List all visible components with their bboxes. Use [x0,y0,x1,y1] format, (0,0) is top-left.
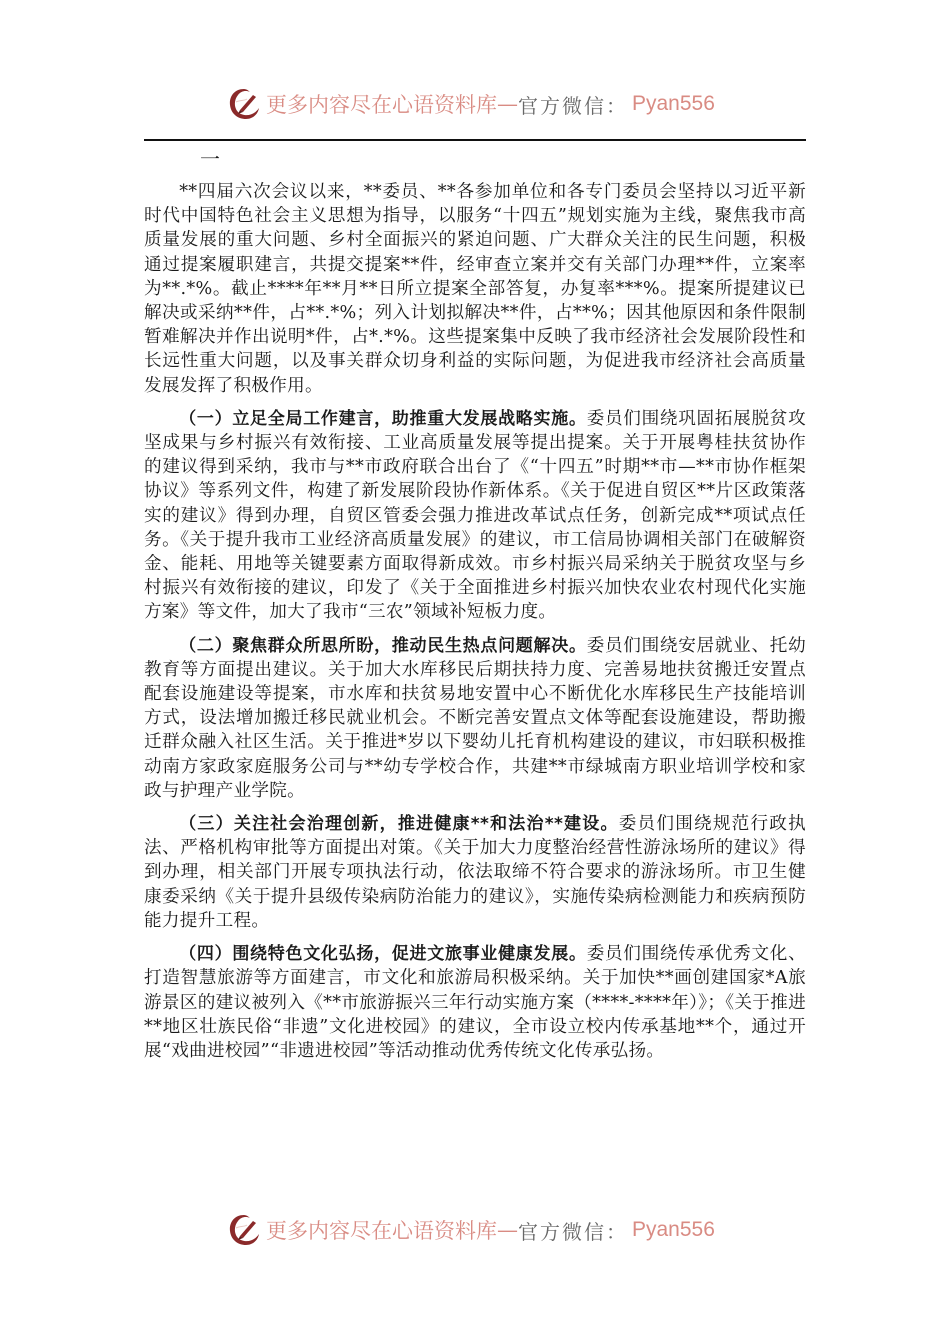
section-heading-3: （三）关注社会治理创新，推进健康**和法治**建设。 [179,814,619,834]
watermark-wechat-id: Pyan556 [632,1218,715,1242]
watermark-banner-bottom: 更多内容尽在心语资料库 — 官方微信： Pyan556 [226,1210,715,1250]
watermark-sub-text: 官方微信： [518,90,628,119]
quill-pen-logo-icon [226,86,262,122]
watermark-wechat-id: Pyan556 [632,92,715,116]
watermark-sub-text: 官方微信： [518,1216,628,1245]
watermark-dash: — [497,92,518,116]
section-body-1: 委员们围绕巩固拓展脱贫攻坚成果与乡村振兴有效衔接、工业高质量发展等提出提案。关于… [144,409,806,623]
watermark-main-text: 更多内容尽在心语资料库 [266,1215,497,1245]
section-heading-1: （一）立足全局工作建言，助推重大发展战略实施。 [179,409,587,429]
section-paragraph-3: （三）关注社会治理创新，推进健康**和法治**建设。委员们围绕规范行政执法、严格… [144,812,806,933]
section-marker: 一 [144,142,806,176]
section-heading-2: （二）聚焦群众所思所盼，推动民生热点问题解决。 [179,636,587,656]
intro-paragraph: **四届六次会议以来，**委员、**各参加单位和各专门委员会坚持以习近平新时代中… [144,180,806,398]
section-body-2: 委员们围绕安居就业、托幼教育等方面提出建议。关于加大水库移民后期扶持力度、完善易… [144,636,806,801]
section-paragraph-2: （二）聚焦群众所思所盼，推动民生热点问题解决。委员们围绕安居就业、托幼教育等方面… [144,634,806,803]
watermark-banner-top: 更多内容尽在心语资料库 — 官方微信： Pyan556 [226,84,715,124]
header-divider [144,139,806,141]
section-paragraph-1: （一）立足全局工作建言，助推重大发展战略实施。委员们围绕巩固拓展脱贫攻坚成果与乡… [144,407,806,625]
quill-pen-logo-icon [226,1212,262,1248]
section-heading-4: （四）围绕特色文化弘扬，促进文旅事业健康发展。 [179,944,587,964]
document-body: 一 **四届六次会议以来，**委员、**各参加单位和各专门委员会坚持以习近平新时… [144,142,806,1072]
watermark-main-text: 更多内容尽在心语资料库 [266,89,497,119]
watermark-dash: — [497,1218,518,1242]
section-paragraph-4: （四）围绕特色文化弘扬，促进文旅事业健康发展。委员们围绕传承优秀文化、打造智慧旅… [144,942,806,1063]
